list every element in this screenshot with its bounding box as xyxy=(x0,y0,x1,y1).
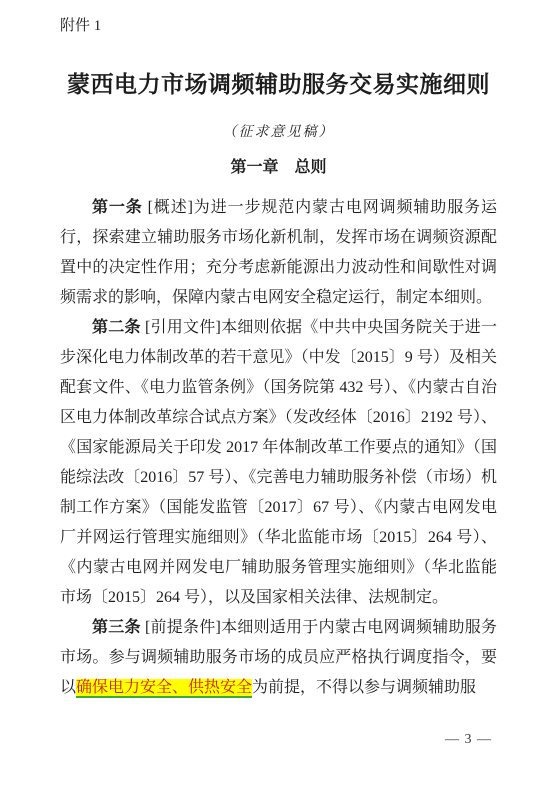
page-number: — 3 — xyxy=(445,732,492,748)
article-number: 第三条 xyxy=(92,619,141,636)
paragraph: 第一条 [概述]为进一步规范内蒙古电网调频辅助服务运行，探索建立辅助服务市场化新… xyxy=(60,193,497,313)
document-body: 第一条 [概述]为进一步规范内蒙古电网调频辅助服务运行，探索建立辅助服务市场化新… xyxy=(60,193,497,703)
paragraph-text: [引用文件]本细则依据《中共中央国务院关于进一步深化电力体制改革的若干意见》（中… xyxy=(60,319,497,606)
article-number: 第一条 xyxy=(92,199,143,216)
document-title: 蒙西电力市场调频辅助服务交易实施细则 xyxy=(60,70,497,100)
paragraph-text: 为前提，不得以参与调频辅助服 xyxy=(252,679,476,696)
attachment-label: 附件 1 xyxy=(60,16,497,36)
draft-note: （征求意见稿） xyxy=(60,124,497,142)
chapter-heading: 第一章 总则 xyxy=(60,157,497,179)
article-number: 第二条 xyxy=(92,319,141,336)
document-page: 附件 1 蒙西电力市场调频辅助服务交易实施细则 （征求意见稿） 第一章 总则 第… xyxy=(0,0,550,800)
paragraph: 第二条 [引用文件]本细则依据《中共中央国务院关于进一步深化电力体制改革的若干意… xyxy=(60,313,497,613)
highlighted-text: 确保电力安全、供热安全 xyxy=(76,679,252,698)
paragraph: 第三条 [前提条件]本细则适用于内蒙古电网调频辅助服务市场。参与调频辅助服务市场… xyxy=(60,613,497,703)
